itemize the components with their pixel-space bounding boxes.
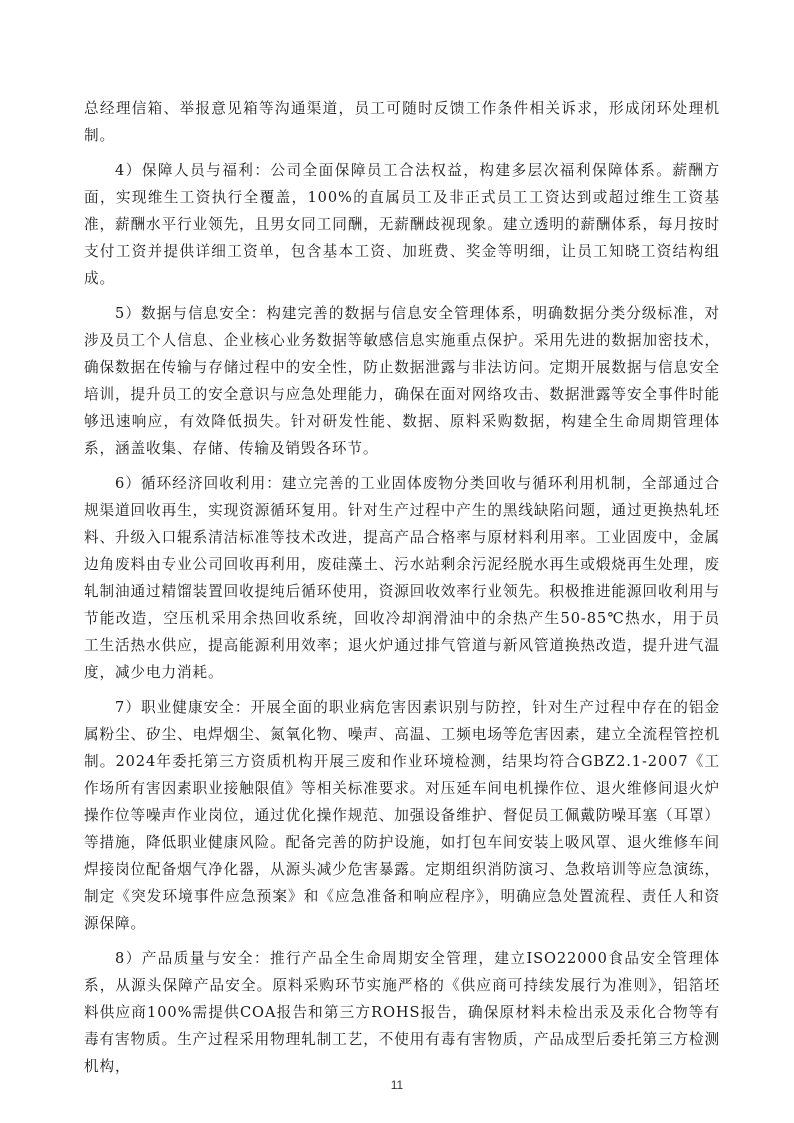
paragraph-7-occupational-health: 7）职业健康安全：开展全面的职业病危害因素识别与防控，针对生产过程中存在的铝金属… bbox=[84, 694, 720, 937]
paragraph-5-data-security: 5）数据与信息安全：构建完善的数据与信息安全管理体系，明确数据分类分级标准，对涉… bbox=[84, 300, 720, 462]
paragraph-continuation: 总经理信箱、举报意见箱等沟通渠道，员工可随时反馈工作条件相关诉求，形成闭环处理机… bbox=[84, 95, 720, 149]
document-page-body: 总经理信箱、举报意见箱等沟通渠道，员工可随时反馈工作条件相关诉求，形成闭环处理机… bbox=[84, 95, 720, 1088]
paragraph-8-product-quality: 8）产品质量与安全：推行产品全生命周期安全管理，建立ISO22000食品安全管理… bbox=[84, 945, 720, 1080]
page-number: 11 bbox=[0, 1078, 794, 1092]
paragraph-6-circular-economy: 6）循环经济回收利用：建立完善的工业固体废物分类回收与循环利用机制，全部通过合规… bbox=[84, 470, 720, 686]
paragraph-4-personnel-welfare: 4）保障人员与福利：公司全面保障员工合法权益，构建多层次福利保障体系。薪酬方面，… bbox=[84, 157, 720, 292]
